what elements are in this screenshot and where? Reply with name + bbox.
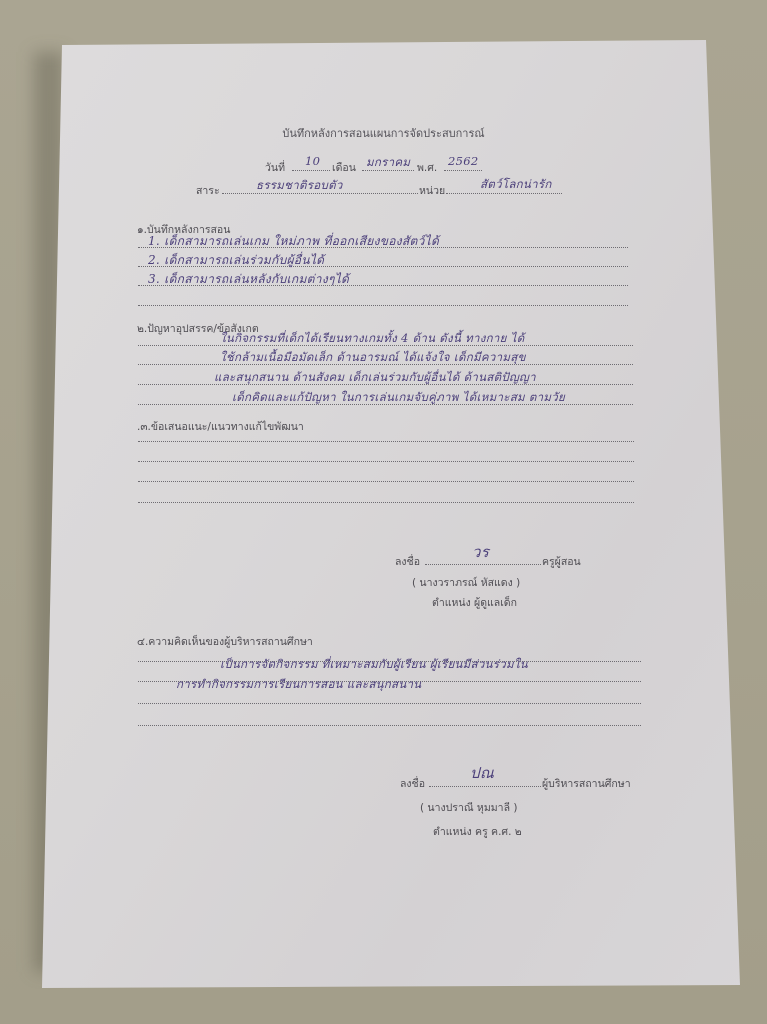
section-3-line-1 <box>138 441 634 442</box>
section-4-entry-1: เป็นการจัดกิจกรรม ที่เหมาะสมกับผู้เรียน … <box>220 656 528 674</box>
section-1-entry-1: 1. เด็กสามารถเล่นเกม ใหม่ภาพ ที่ออกเสียง… <box>148 232 439 251</box>
section-1-entry-2: 2. เด็กสามารถเล่นร่วมกับผู้อื่นได้ <box>148 251 324 270</box>
section-4-line-4 <box>138 725 641 726</box>
section-3-line-4 <box>138 502 634 503</box>
teacher-sign-label: ลงชื่อ <box>395 553 420 570</box>
day-value: 10 <box>305 154 320 168</box>
section-3-line-3 <box>138 481 634 482</box>
year-value: 2562 <box>448 154 478 168</box>
month-label: เดือน <box>332 159 356 176</box>
subject-value: ธรรมชาติรอบตัว <box>256 177 343 195</box>
year-line <box>444 170 482 171</box>
teacher-sign-line <box>425 564 541 565</box>
admin-name: ( นางปราณี หุมมาลี ) <box>420 799 517 816</box>
year-label: พ.ศ. <box>417 159 437 176</box>
admin-signature: ปณ <box>470 761 494 785</box>
section-4-line-3 <box>138 703 641 704</box>
section-1-entry-3: 3. เด็กสามารถเล่นหลังกับเกมต่างๆได้ <box>148 270 349 289</box>
admin-position: ตำแหน่ง ครู ค.ศ. ๒ <box>433 823 522 840</box>
section-3-line-2 <box>138 461 634 462</box>
day-label: วันที่ <box>265 159 285 176</box>
month-value: มกราคม <box>366 154 410 172</box>
admin-sign-line <box>429 786 541 787</box>
section-3-heading: .๓.ข้อเสนอแนะ/แนวทางแก้ไขพัฒนา <box>137 418 304 435</box>
section-2-entry-4: เด็กคิดและแก้ปัญหา ในการเล่นเกมจับคู่ภาพ… <box>232 389 565 407</box>
teacher-role-label: ครูผู้สอน <box>542 553 581 570</box>
form-document: บันทึกหลังการสอนแผนการจัดประสบการณ์ วันท… <box>0 0 767 1024</box>
section-2-entry-3: และสนุกสนาน ด้านสังคม เด็กเล่นร่วมกับผู้… <box>214 369 536 387</box>
unit-value: สัตว์โลกน่ารัก <box>480 176 552 194</box>
section-4-entry-2: การทำกิจกรรมการเรียนการสอน และสนุกสนาน <box>176 676 421 694</box>
form-title: บันทึกหลังการสอนแผนการจัดประสบการณ์ <box>0 124 767 142</box>
admin-role-label: ผู้บริหารสถานศึกษา <box>542 775 631 792</box>
teacher-signature: วร <box>472 540 489 564</box>
section-1-line-4 <box>138 305 628 306</box>
section-4-heading: ๔.ความคิดเห็นของผู้บริหารสถานศึกษา <box>137 633 313 650</box>
section-2-entry-2: ใช้กล้ามเนื้อมือมัดเล็ก ด้านอารมณ์ ได้แจ… <box>220 349 526 367</box>
unit-label: หน่วย <box>419 182 445 199</box>
teacher-position: ตำแหน่ง ผู้ดูแลเด็ก <box>432 594 517 611</box>
teacher-name: ( นางวราภรณ์ หัสแดง ) <box>412 574 520 591</box>
admin-sign-label: ลงชื่อ <box>400 775 425 792</box>
subject-label: สาระ <box>196 182 220 199</box>
day-line <box>292 170 330 171</box>
section-2-entry-1: ในกิจกรรมที่เด็กได้เรียนทางเกมทั้ง 4 ด้า… <box>220 330 525 348</box>
